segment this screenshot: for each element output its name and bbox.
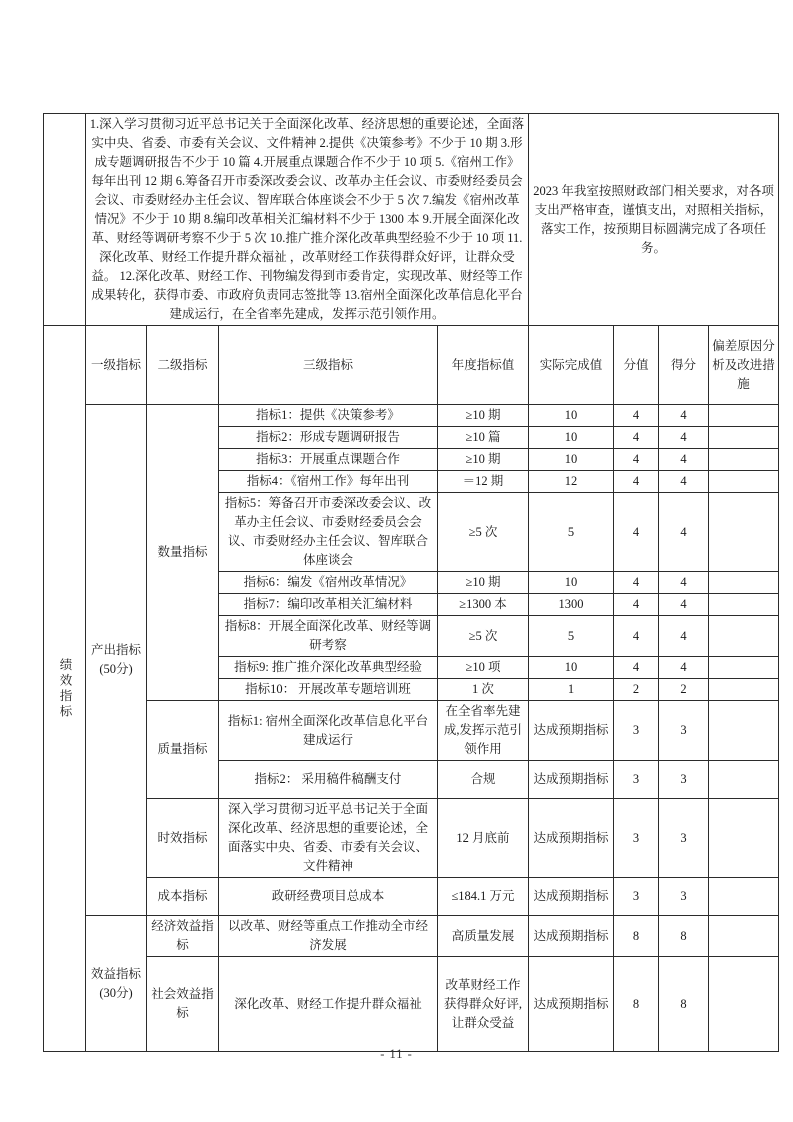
deviation-cell xyxy=(709,878,779,916)
group-benefit: 效益指标(30分) xyxy=(86,916,147,1052)
indicator-cell: 指标5：筹备召开市委深改委会议、改革办主任会议、市委财经委员会会议、市委财经办主… xyxy=(219,493,438,572)
annual-target-cell: 1.深入学习贯彻习近平总书记关于全面深化改革、经济思想的重要论述，全面落实中央、… xyxy=(86,114,529,326)
header-deviation: 偏差原因分析及改进措施 xyxy=(709,326,779,405)
annual-value-cell: ≥10 篇 xyxy=(438,427,529,449)
actual-value-cell: 10 xyxy=(529,572,614,594)
score-max-cell: 4 xyxy=(614,594,659,616)
header-annual-value: 年度指标值 xyxy=(438,326,529,405)
side-label-performance: 绩效指标 xyxy=(44,326,86,1052)
header-score-max: 分值 xyxy=(614,326,659,405)
score-cell: 4 xyxy=(659,427,709,449)
deviation-cell xyxy=(709,572,779,594)
score-max-cell: 4 xyxy=(614,657,659,679)
indicator-cell: 指标8：开展全面深化改革、财经等调研考察 xyxy=(219,616,438,657)
score-max-cell: 4 xyxy=(614,449,659,471)
table-row: 质量指标 指标1: 宿州全面深化改革信息化平台建成运行 在全省率先建成,发挥示范… xyxy=(44,701,779,761)
score-max-cell: 3 xyxy=(614,761,659,799)
score-max-cell: 4 xyxy=(614,572,659,594)
table-row: 社会效益指标 深化改革、财经工作提升群众福祉 改革财经工作获得群众好评,让群众受… xyxy=(44,957,779,1052)
actual-value-cell: 10 xyxy=(529,405,614,427)
score-cell: 4 xyxy=(659,449,709,471)
actual-value-cell: 1300 xyxy=(529,594,614,616)
header-level2: 二级指标 xyxy=(147,326,219,405)
score-cell: 8 xyxy=(659,916,709,957)
indicator-cell: 指标4：《宿州工作》每年出刊 xyxy=(219,471,438,493)
top-row: 1.深入学习贯彻习近平总书记关于全面深化改革、经济思想的重要论述，全面落实中央、… xyxy=(44,114,779,326)
actual-value-cell: 5 xyxy=(529,616,614,657)
actual-value-cell: 达成预期指标 xyxy=(529,916,614,957)
subgroup-timeliness: 时效指标 xyxy=(147,799,219,878)
deviation-cell xyxy=(709,471,779,493)
score-cell: 3 xyxy=(659,799,709,878)
indicator-cell: 指标9: 推广推介深化改革典型经验 xyxy=(219,657,438,679)
deviation-cell xyxy=(709,427,779,449)
annual-value-cell: ≥10 期 xyxy=(438,572,529,594)
score-max-cell: 4 xyxy=(614,493,659,572)
annual-value-cell: 合规 xyxy=(438,761,529,799)
indicator-cell: 以改革、财经等重点工作推动全市经济发展 xyxy=(219,916,438,957)
deviation-cell xyxy=(709,679,779,701)
table-row: 效益指标(30分) 经济效益指标 以改革、财经等重点工作推动全市经济发展 高质量… xyxy=(44,916,779,957)
indicator-cell: 指标1：提供《决策参考》 xyxy=(219,405,438,427)
deviation-cell xyxy=(709,493,779,572)
score-cell: 4 xyxy=(659,657,709,679)
score-cell: 4 xyxy=(659,471,709,493)
table-row: 成本指标 政研经费项目总成本 ≤184.1 万元 达成预期指标 3 3 xyxy=(44,878,779,916)
performance-indicator-table: 1.深入学习贯彻习近平总书记关于全面深化改革、经济思想的重要论述，全面落实中央、… xyxy=(43,113,779,1052)
score-cell: 4 xyxy=(659,493,709,572)
indicator-cell: 深化改革、财经工作提升群众福祉 xyxy=(219,957,438,1052)
deviation-cell xyxy=(709,449,779,471)
annual-value-cell: 12 月底前 xyxy=(438,799,529,878)
subgroup-quantity: 数量指标 xyxy=(147,405,219,701)
indicator-cell: 指标1: 宿州全面深化改革信息化平台建成运行 xyxy=(219,701,438,761)
header-score: 得分 xyxy=(659,326,709,405)
annual-value-cell: 在全省率先建成,发挥示范引领作用 xyxy=(438,701,529,761)
annual-value-cell: ≥1300 本 xyxy=(438,594,529,616)
indicator-cell: 政研经费项目总成本 xyxy=(219,878,438,916)
deviation-cell xyxy=(709,957,779,1052)
score-max-cell: 8 xyxy=(614,916,659,957)
annual-value-cell: ＝12 期 xyxy=(438,471,529,493)
annual-value-cell: 高质量发展 xyxy=(438,916,529,957)
actual-value-cell: 10 xyxy=(529,427,614,449)
deviation-cell xyxy=(709,657,779,679)
annual-value-cell: 1 次 xyxy=(438,679,529,701)
header-level1: 一级指标 xyxy=(86,326,147,405)
score-cell: 4 xyxy=(659,572,709,594)
indicator-cell: 指标10： 开展改革专题培训班 xyxy=(219,679,438,701)
indicator-cell: 指标3：开展重点课题合作 xyxy=(219,449,438,471)
score-max-cell: 2 xyxy=(614,679,659,701)
score-cell: 3 xyxy=(659,878,709,916)
header-row: 绩效指标 一级指标 二级指标 三级指标 年度指标值 实际完成值 分值 得分 偏差… xyxy=(44,326,779,405)
actual-value-cell: 10 xyxy=(529,449,614,471)
score-max-cell: 3 xyxy=(614,799,659,878)
actual-value-cell: 达成预期指标 xyxy=(529,878,614,916)
document-page: 1.深入学习贯彻习近平总书记关于全面深化改革、经济思想的重要论述，全面落实中央、… xyxy=(0,0,793,1122)
header-actual-value: 实际完成值 xyxy=(529,326,614,405)
subgroup-quality: 质量指标 xyxy=(147,701,219,799)
actual-value-cell: 1 xyxy=(529,679,614,701)
deviation-cell xyxy=(709,761,779,799)
actual-value-cell: 达成预期指标 xyxy=(529,761,614,799)
header-level3: 三级指标 xyxy=(219,326,438,405)
page-number: - 11 - xyxy=(0,1047,793,1062)
actual-value-cell: 12 xyxy=(529,471,614,493)
deviation-cell xyxy=(709,916,779,957)
score-max-cell: 3 xyxy=(614,701,659,761)
indicator-cell: 指标2：形成专题调研报告 xyxy=(219,427,438,449)
score-max-cell: 8 xyxy=(614,957,659,1052)
score-cell: 2 xyxy=(659,679,709,701)
score-max-cell: 4 xyxy=(614,616,659,657)
annual-value-cell: ≥10 期 xyxy=(438,405,529,427)
subgroup-cost: 成本指标 xyxy=(147,878,219,916)
score-cell: 4 xyxy=(659,616,709,657)
completion-summary-cell: 2023 年我室按照财政部门相关要求，对各项支出严格审查，谨慎支出，对照相关指标… xyxy=(529,114,779,326)
annual-value-cell: ≥5 次 xyxy=(438,616,529,657)
actual-value-cell: 达成预期指标 xyxy=(529,701,614,761)
subgroup-economic: 经济效益指标 xyxy=(147,916,219,957)
indicator-cell: 指标7：编印改革相关汇编材料 xyxy=(219,594,438,616)
group-output: 产出指标(50分) xyxy=(86,405,147,916)
deviation-cell xyxy=(709,405,779,427)
score-max-cell: 4 xyxy=(614,405,659,427)
score-max-cell: 3 xyxy=(614,878,659,916)
score-cell: 3 xyxy=(659,701,709,761)
table-row: 产出指标(50分) 数量指标 指标1：提供《决策参考》 ≥10 期 10 4 4 xyxy=(44,405,779,427)
annual-value-cell: ≥10 项 xyxy=(438,657,529,679)
score-max-cell: 4 xyxy=(614,427,659,449)
score-cell: 4 xyxy=(659,405,709,427)
indicator-cell: 指标6：编发《宿州改革情况》 xyxy=(219,572,438,594)
annual-value-cell: ≤184.1 万元 xyxy=(438,878,529,916)
annual-value-cell: ≥10 期 xyxy=(438,449,529,471)
indicator-cell: 深入学习贯彻习近平总书记关于全面深化改革、经济思想的重要论述，全面落实中央、省委… xyxy=(219,799,438,878)
indicator-cell: 指标2： 采用稿件稿酬支付 xyxy=(219,761,438,799)
deviation-cell xyxy=(709,701,779,761)
actual-value-cell: 达成预期指标 xyxy=(529,957,614,1052)
table-row: 时效指标 深入学习贯彻习近平总书记关于全面深化改革、经济思想的重要论述，全面落实… xyxy=(44,799,779,878)
top-left-empty-cell xyxy=(44,114,86,326)
score-max-cell: 4 xyxy=(614,471,659,493)
annual-value-cell: ≥5 次 xyxy=(438,493,529,572)
score-cell: 3 xyxy=(659,761,709,799)
subgroup-social: 社会效益指标 xyxy=(147,957,219,1052)
actual-value-cell: 5 xyxy=(529,493,614,572)
score-cell: 4 xyxy=(659,594,709,616)
actual-value-cell: 10 xyxy=(529,657,614,679)
deviation-cell xyxy=(709,799,779,878)
actual-value-cell: 达成预期指标 xyxy=(529,799,614,878)
deviation-cell xyxy=(709,594,779,616)
deviation-cell xyxy=(709,616,779,657)
score-cell: 8 xyxy=(659,957,709,1052)
annual-value-cell: 改革财经工作获得群众好评,让群众受益 xyxy=(438,957,529,1052)
